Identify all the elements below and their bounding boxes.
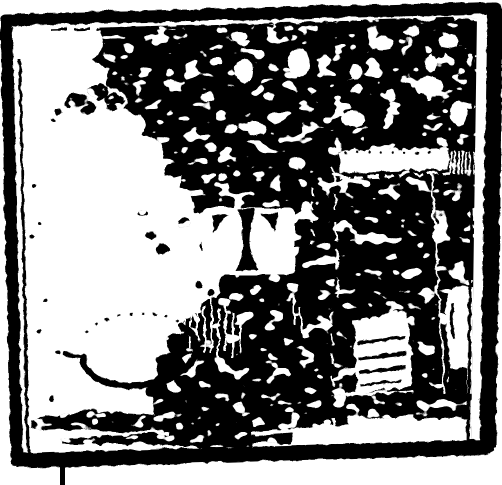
wall-shadow-patch: [448, 368, 466, 394]
entablature-band: [337, 146, 447, 172]
shadow-under-steps: [305, 391, 478, 418]
initial-letter-plate: T: [201, 207, 294, 276]
frame-right-band: [487, 7, 494, 446]
woodcut-illustration-page: T: [0, 0, 502, 485]
frame-bottom-tick: [60, 466, 65, 485]
woodcut-illustration: T: [0, 0, 502, 485]
